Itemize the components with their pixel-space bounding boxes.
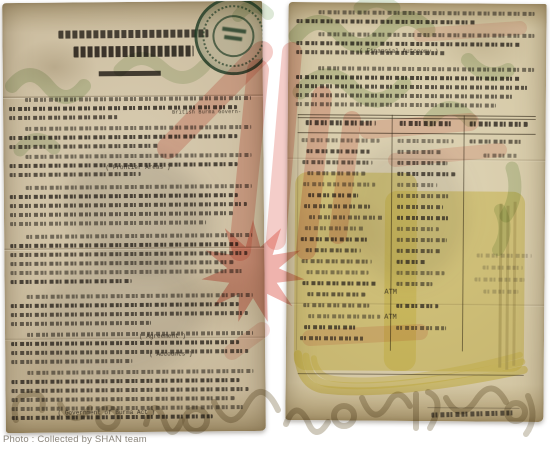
text-line — [470, 139, 522, 143]
text-line — [25, 96, 251, 102]
text-line — [397, 161, 447, 165]
text-line — [306, 248, 361, 252]
english-fragment: ATM — [384, 290, 397, 296]
text-line — [397, 216, 451, 220]
photo-of-documents: British Burma Govern- ( Frontier Areas )… — [0, 0, 550, 453]
english-fragment: ATM — [384, 315, 397, 321]
text-line — [397, 238, 447, 242]
text-line — [396, 326, 446, 330]
text-line — [397, 260, 427, 264]
text-line — [304, 204, 370, 209]
signature-handwriting — [431, 410, 515, 417]
text-line — [483, 266, 523, 270]
text-line — [483, 154, 517, 158]
text-line — [318, 66, 534, 72]
signature-rule — [427, 407, 519, 409]
text-line — [307, 270, 369, 274]
text-line — [12, 396, 235, 402]
table-left-border — [296, 114, 299, 350]
text-line — [303, 303, 369, 308]
text-line — [396, 304, 438, 308]
text-line — [397, 227, 439, 231]
text-line — [397, 205, 443, 209]
table-bottom-rule — [298, 373, 524, 376]
page-title-main — [74, 45, 194, 57]
text-line — [397, 271, 445, 275]
text-line — [309, 215, 383, 220]
text-line — [307, 171, 365, 175]
text-line — [397, 172, 455, 176]
text-line — [304, 325, 356, 329]
text-line — [296, 102, 496, 108]
photo-credit-caption: Photo : Collected by SHAN team — [3, 434, 147, 445]
text-line — [296, 84, 529, 90]
text-line — [9, 134, 237, 140]
text-line — [483, 290, 518, 294]
text-line — [296, 50, 446, 55]
text-line — [470, 121, 528, 126]
document-page-right-content: ( Financial Autonomy ) ATM ATM — [285, 2, 546, 422]
text-line — [11, 387, 248, 393]
text-line — [400, 121, 452, 126]
text-line — [396, 282, 432, 286]
text-line — [307, 292, 365, 296]
document-page-right: ( Financial Autonomy ) ATM ATM — [285, 2, 546, 422]
text-line — [318, 32, 534, 38]
text-line — [9, 115, 118, 120]
text-line — [398, 139, 454, 143]
text-line — [308, 314, 380, 319]
text-line — [302, 138, 380, 143]
text-line — [296, 19, 475, 24]
text-line — [302, 281, 376, 286]
text-line — [11, 378, 239, 384]
round-seal-stamp-icon — [190, 1, 266, 80]
text-line — [306, 149, 370, 154]
text-line — [397, 150, 441, 154]
text-line — [303, 182, 375, 187]
text-line — [25, 125, 251, 131]
page-title-line — [58, 29, 208, 38]
text-line — [12, 414, 213, 420]
text-line — [302, 259, 372, 264]
text-line — [302, 160, 372, 165]
text-line — [306, 120, 376, 126]
text-line — [9, 144, 159, 149]
document-page-left-content: British Burma Govern- ( Frontier Areas )… — [2, 1, 266, 433]
text-line — [397, 183, 437, 187]
text-line — [300, 336, 364, 341]
text-line — [474, 277, 524, 281]
text-line — [296, 75, 520, 81]
english-fragment: British Burma Govern- — [172, 109, 241, 116]
text-line — [477, 253, 532, 257]
title-ornament-rule — [99, 71, 161, 77]
text-line — [397, 249, 441, 253]
document-page-left: British Burma Govern- ( Frontier Areas )… — [2, 1, 266, 433]
text-line — [301, 237, 369, 242]
text-line — [308, 193, 358, 197]
text-line — [305, 226, 365, 230]
text-line — [397, 194, 449, 198]
table-header-underline — [298, 132, 536, 135]
text-line — [296, 41, 520, 47]
text-line — [296, 93, 515, 99]
text-line — [319, 10, 535, 16]
